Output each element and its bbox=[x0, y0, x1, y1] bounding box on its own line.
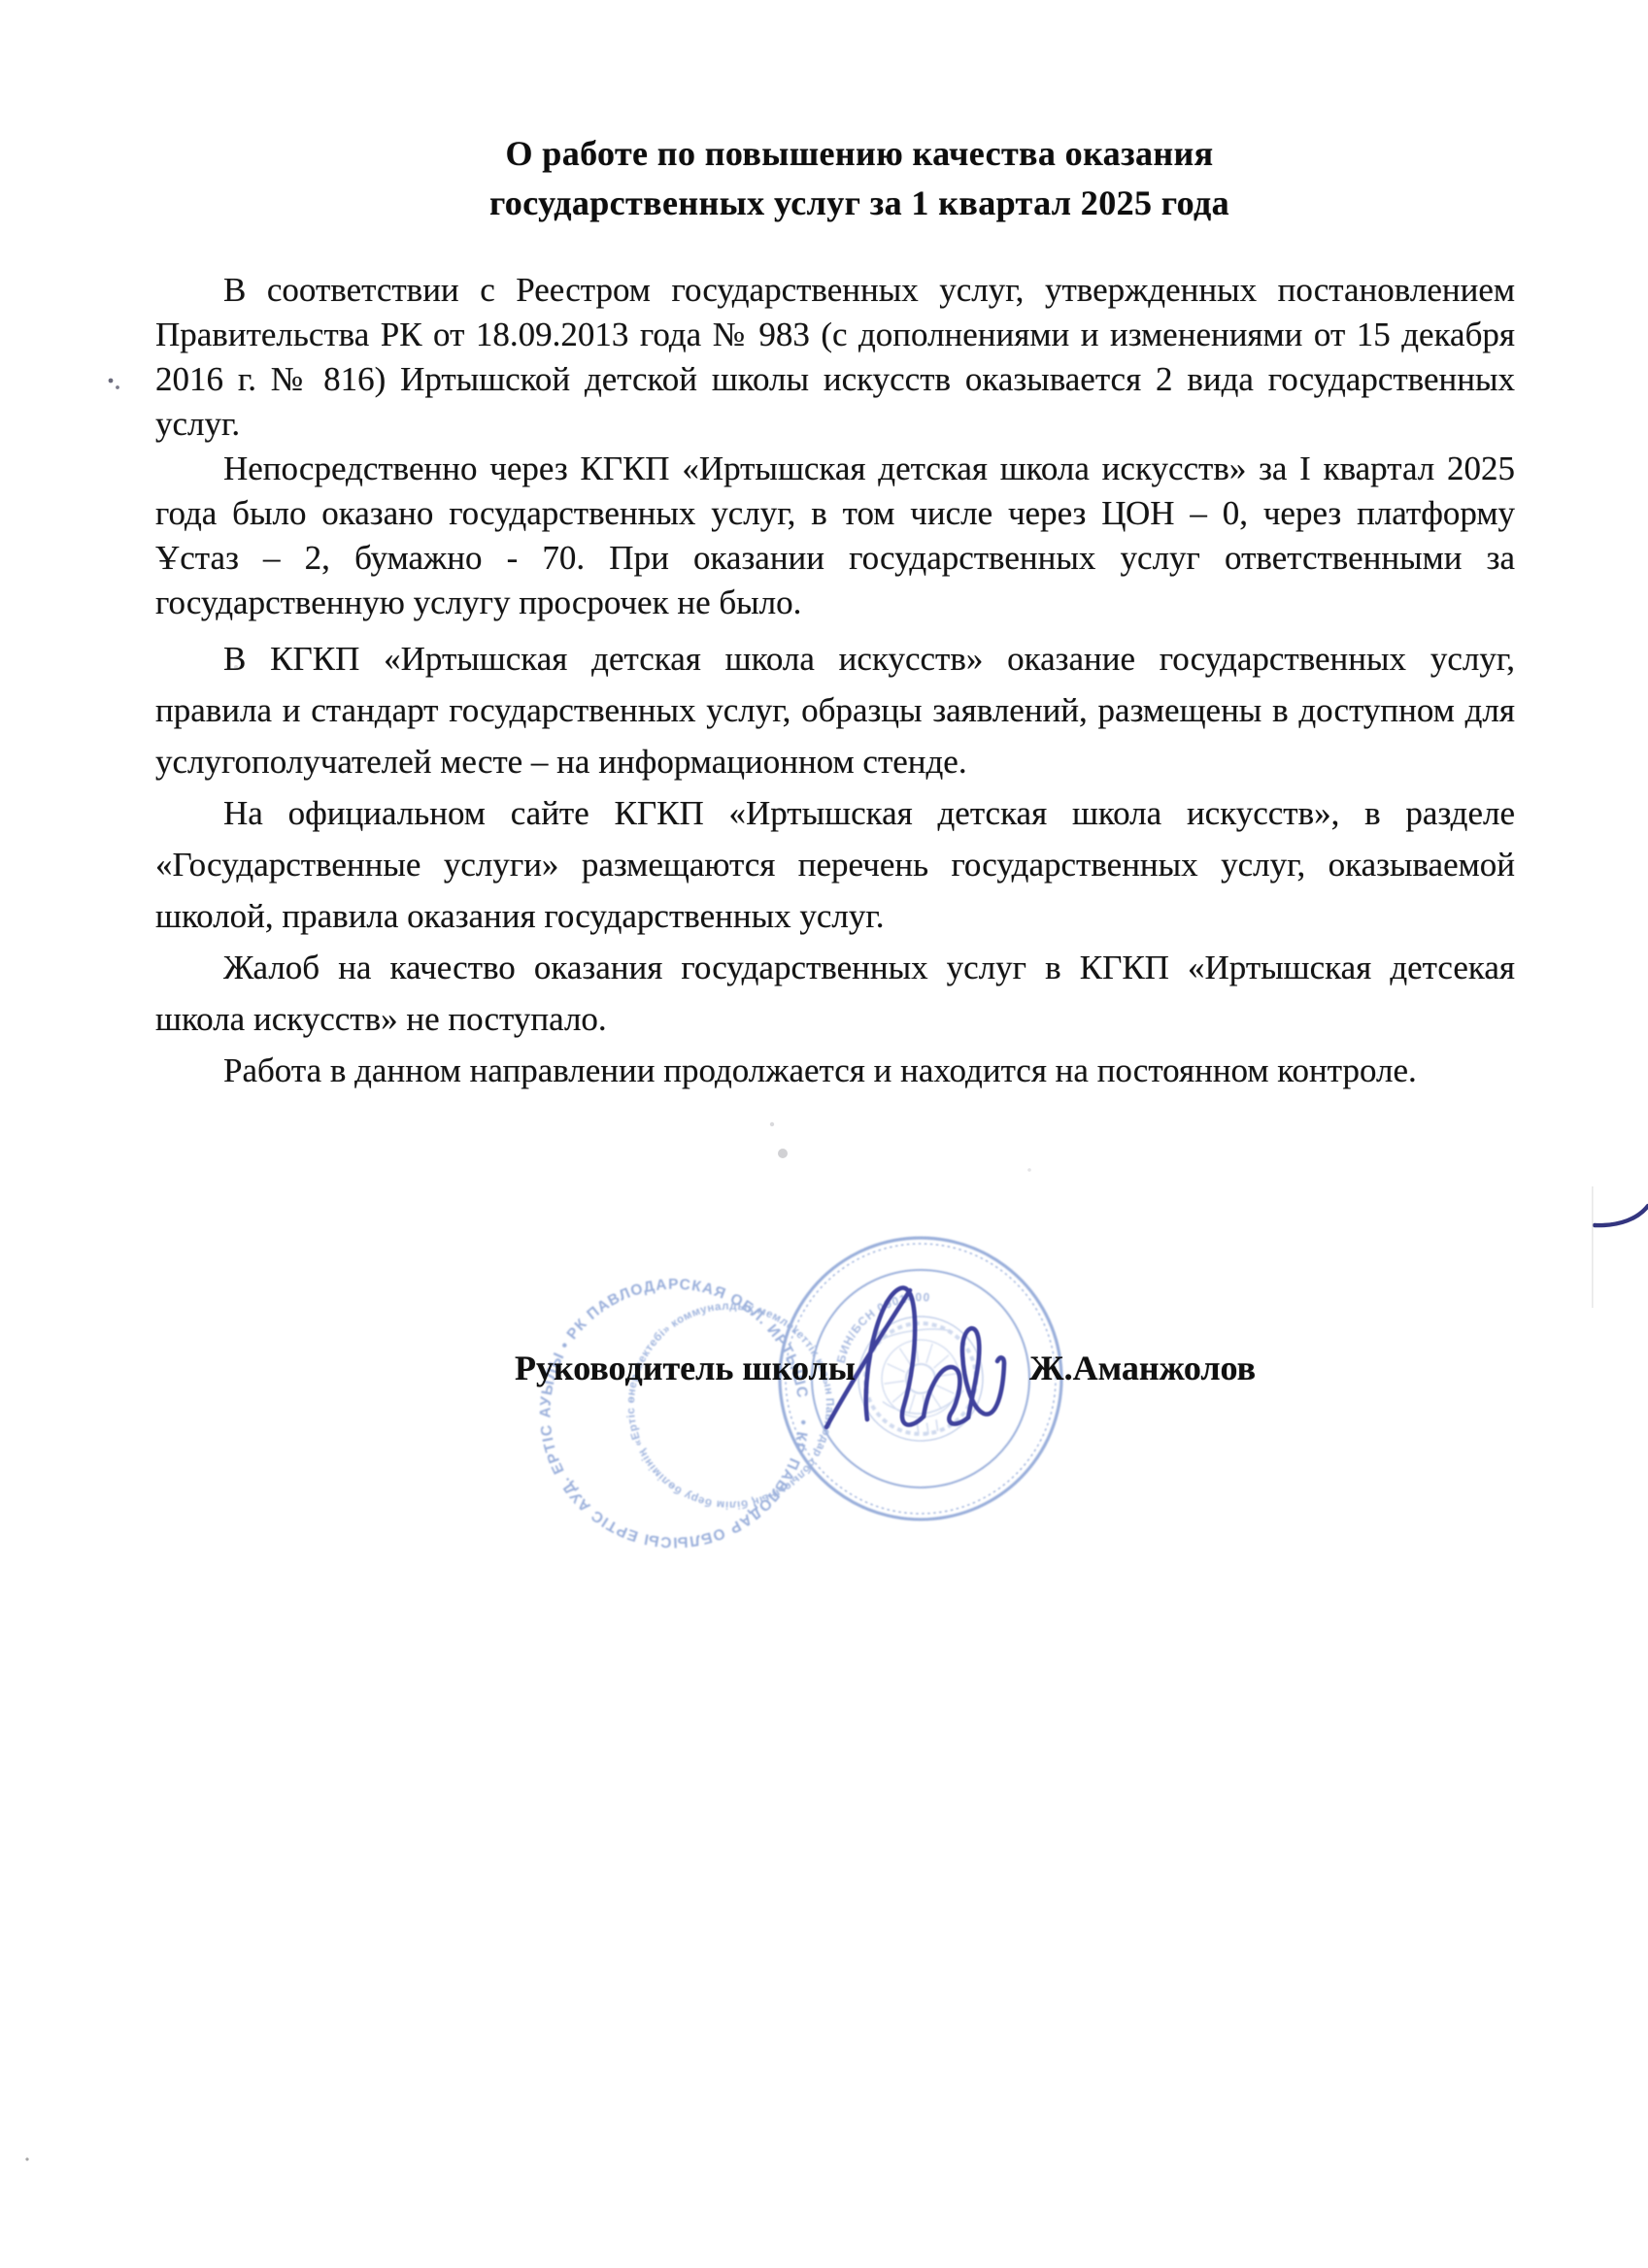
svg-text:• КР ПАВЛОДАР ОБЛЫСЫ ЕРТІС АУД: • КР ПАВЛОДАР ОБЛЫСЫ ЕРТІС АУД. ЕРТІС АУ… bbox=[520, 1242, 948, 1568]
document-title: О работе по повышению качества оказания … bbox=[180, 129, 1539, 228]
title-line-1: О работе по повышению качества оказания bbox=[180, 129, 1539, 179]
stamp-outer-ring-text: • КР ПАВЛОДАР ОБЛЫСЫ ЕРТІС АУД. ЕРТІС АУ… bbox=[520, 1242, 948, 1568]
round-stamp-seal: • КР ПАВЛОДАР ОБЛЫСЫ ЕРТІС АУД. ЕРТІС АУ… bbox=[520, 1219, 1080, 1572]
scan-fold-line bbox=[1592, 1186, 1594, 1308]
paragraph-4: На официальном сайте КГКП «Иртышская дет… bbox=[155, 787, 1515, 942]
title-line-2: государственных услуг за 1 квартал 2025 … bbox=[180, 179, 1539, 228]
paragraph-5: Жалоб на качество оказания государственн… bbox=[155, 942, 1515, 1045]
paragraph-3: В КГКП «Иртышская детская школа искусств… bbox=[155, 633, 1515, 787]
signature-name: Ж.Аманжолов bbox=[1029, 1348, 1256, 1388]
kazakhstan-coat-of-arms-emblem bbox=[858, 1317, 984, 1443]
signature-role-label: Руководитель школы bbox=[515, 1348, 856, 1388]
pen-mark-right-edge bbox=[1595, 1206, 1648, 1225]
document-body: В соответствии с Реестром государственны… bbox=[155, 268, 1515, 1096]
scanned-document-page: О работе по повышению качества оказания … bbox=[0, 0, 1648, 2268]
paragraph-1: В соответствии с Реестром государственны… bbox=[155, 268, 1515, 447]
svg-text:Павлодар облысының білім беру: Павлодар облысының білім беру бөлімінің … bbox=[612, 1274, 940, 1523]
stamp-middle-ring-text: Павлодар облысының білім беру бөлімінің … bbox=[612, 1274, 940, 1523]
paragraph-6: Работа в данном направлении продолжается… bbox=[155, 1045, 1515, 1096]
paragraph-2: Непосредственно через КГКП «Иртышская де… bbox=[155, 447, 1515, 625]
